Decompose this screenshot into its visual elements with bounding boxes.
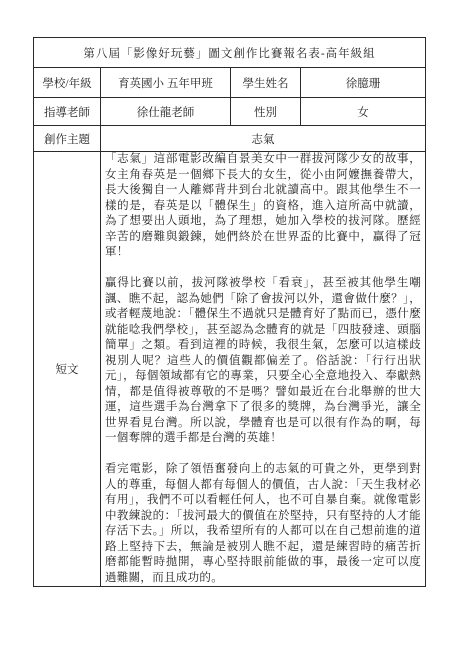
theme-label: 創作主題 <box>34 126 101 152</box>
teacher-gender-row: 指導老師 徐仕龍老師 性別 女 <box>34 98 426 126</box>
theme-row: 創作主題 志氣 <box>34 126 426 152</box>
school-student-row: 學校/年級 育英國小 五年甲班 學生姓名 徐臆珊 <box>34 68 426 98</box>
essay-content: 「志氣」這部電影改編自景美女中一群拔河隊少女的故事，女主角春英是一個鄉下長大的女… <box>101 152 426 587</box>
essay-row: 短文 「志氣」這部電影改編自景美女中一群拔河隊少女的故事，女主角春英是一個鄉下長… <box>34 152 426 587</box>
gender-value: 女 <box>301 98 426 126</box>
essay-label: 短文 <box>34 152 101 587</box>
student-name-value: 徐臆珊 <box>301 68 426 98</box>
theme-value: 志氣 <box>101 126 426 152</box>
student-name-label: 學生姓名 <box>231 68 301 98</box>
registration-form-page: 第八屆「影像好玩藝」圖文創作比賽報名表-高年級組 學校/年級 育英國小 五年甲班… <box>0 0 458 648</box>
gender-label: 性別 <box>231 98 301 126</box>
school-grade-value: 育英國小 五年甲班 <box>101 68 231 98</box>
school-grade-label: 學校/年級 <box>34 68 101 98</box>
title-row: 第八屆「影像好玩藝」圖文創作比賽報名表-高年級組 <box>34 38 426 68</box>
teacher-value: 徐仕龍老師 <box>101 98 231 126</box>
teacher-label: 指導老師 <box>34 98 101 126</box>
essay-paragraph-1: 「志氣」這部電影改編自景美女中一群拔河隊少女的故事，女主角春英是一個鄉下長大的女… <box>105 152 421 261</box>
form-title: 第八屆「影像好玩藝」圖文創作比賽報名表-高年級組 <box>34 38 426 68</box>
registration-form-table: 第八屆「影像好玩藝」圖文創作比賽報名表-高年級組 學校/年級 育英國小 五年甲班… <box>33 37 426 587</box>
essay-paragraph-3: 看完電影，除了領悟奮發向上的志氣的可貴之外，更學到對人的尊重，每個人都有每個人的… <box>105 462 421 586</box>
essay-paragraph-2: 贏得比賽以前，拔河隊被學校「看衰」，甚至被其他學生嘲諷、瞧不起，認為她們「除了會… <box>105 276 421 447</box>
